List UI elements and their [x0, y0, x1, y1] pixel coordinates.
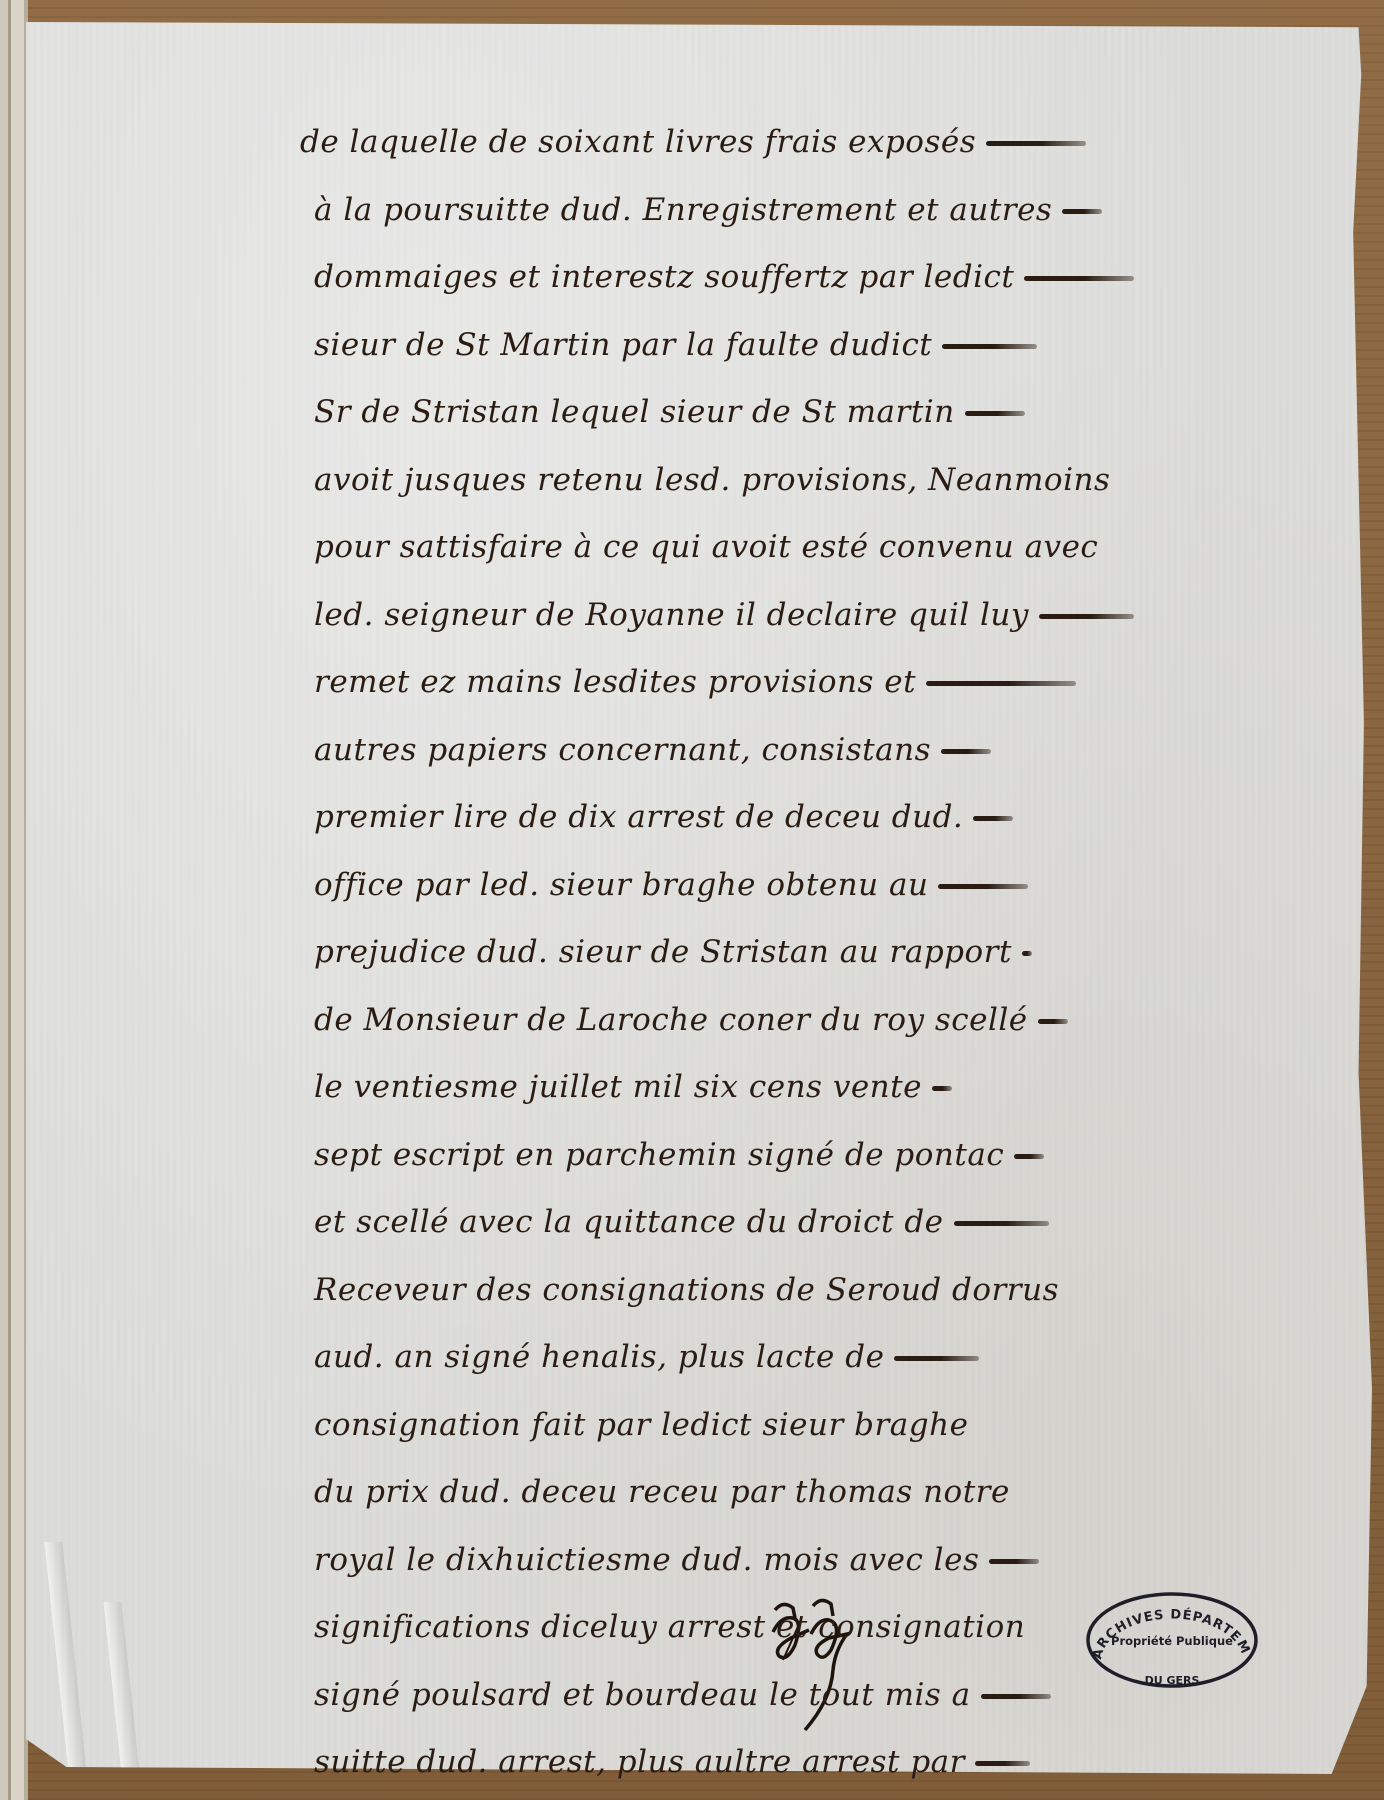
- manuscript-line-text: autres papiers concernant, consistans: [314, 732, 931, 768]
- line-filler-stroke: [938, 884, 1028, 889]
- line-filler-stroke: [975, 1761, 1030, 1766]
- line-filler-stroke: [954, 1221, 1049, 1226]
- svg-text:ARCHIVES DÉPARTEMENTALES: ARCHIVES DÉPARTEMENTALES: [1080, 1585, 1253, 1661]
- line-filler-stroke: [942, 344, 1037, 349]
- manuscript-line-text: avoit jusques retenu lesd. provisions, N…: [314, 462, 1110, 498]
- manuscript-line: office par led. sieur braghe obtenu au: [300, 855, 1310, 923]
- manuscript-line: à la poursuitte dud. Enregistrement et a…: [300, 180, 1310, 248]
- line-filler-stroke: [989, 1559, 1039, 1564]
- line-filler-stroke: [926, 681, 1076, 686]
- manuscript-line-text: sept escript en parchemin signé de ponta…: [314, 1137, 1004, 1173]
- manuscript-line: led. seigneur de Royanne il declaire qui…: [300, 585, 1310, 653]
- manuscript-line-text: dommaiges et interestz souffertz par led…: [314, 259, 1014, 295]
- line-filler-stroke: [1024, 276, 1134, 281]
- manuscript-line-text: remet ez mains lesdites provisions et: [314, 664, 916, 700]
- line-filler-stroke: [973, 816, 1013, 821]
- manuscript-line-text: royal le dixhuictiesme dud. mois avec le…: [314, 1542, 979, 1578]
- book-binding-edge: [0, 0, 28, 1800]
- stamp-center-text: Propriété Publique: [1111, 1634, 1233, 1648]
- manuscript-line-text: prejudice dud. sieur de Stristan au rapp…: [314, 934, 1012, 970]
- manuscript-line: le ventiesme juillet mil six cens vente: [300, 1057, 1310, 1125]
- manuscript-line-text: à la poursuitte dud. Enregistrement et a…: [314, 192, 1052, 228]
- manuscript-line: premier lire de dix arrest de deceu dud.: [300, 787, 1310, 855]
- line-filler-stroke: [1022, 951, 1032, 956]
- page-fold-crease: [103, 1602, 142, 1800]
- stamp-bottom-text: DU GERS: [1145, 1674, 1200, 1687]
- manuscript-line-text: et scellé avec la quittance du droict de: [314, 1204, 944, 1240]
- manuscript-line: et scellé avec la quittance du droict de: [300, 1192, 1310, 1260]
- manuscript-line-text: signé poulsard et bourdeau le tout mis a: [314, 1677, 971, 1713]
- manuscript-line-text: office par led. sieur braghe obtenu au: [314, 867, 928, 903]
- manuscript-line: suitte dud. arrest, plus aultre arrest p…: [300, 1732, 1310, 1800]
- manuscript-line: Sr de Stristan lequel sieur de St martin: [300, 382, 1310, 450]
- line-filler-stroke: [941, 749, 991, 754]
- manuscript-line-text: aud. an signé henalis, plus lacte de: [314, 1339, 884, 1375]
- manuscript-line-text: Receveur des consignations de Seroud dor…: [314, 1272, 1059, 1308]
- manuscript-line: dommaiges et interestz souffertz par led…: [300, 247, 1310, 315]
- manuscript-line-text: premier lire de dix arrest de deceu dud.: [314, 799, 963, 835]
- manuscript-line: sieur de St Martin par la faulte dudict: [300, 315, 1310, 383]
- manuscript-line-text: pour sattisfaire à ce qui avoit esté con…: [314, 529, 1098, 565]
- line-filler-stroke: [1062, 209, 1102, 214]
- handwritten-text-block: de laquelle de soixant livres frais expo…: [300, 112, 1310, 1800]
- manuscript-line: aud. an signé henalis, plus lacte de: [300, 1327, 1310, 1395]
- manuscript-line-text: de Monsieur de Laroche coner du roy scel…: [314, 1002, 1028, 1038]
- manuscript-line-text: de laquelle de soixant livres frais expo…: [300, 124, 976, 160]
- manuscript-line: autres papiers concernant, consistans: [300, 720, 1310, 788]
- line-filler-stroke: [1014, 1154, 1044, 1159]
- manuscript-line: consignation fait par ledict sieur bragh…: [300, 1395, 1310, 1463]
- manuscript-line: remet ez mains lesdites provisions et: [300, 652, 1310, 720]
- line-filler-stroke: [1038, 1019, 1068, 1024]
- line-filler-stroke: [981, 1694, 1051, 1699]
- page-fold-crease: [44, 1542, 89, 1800]
- manuscript-line: sept escript en parchemin signé de ponta…: [300, 1125, 1310, 1193]
- manuscript-line-text: Sr de Stristan lequel sieur de St martin: [314, 394, 955, 430]
- manuscript-line-text: suitte dud. arrest, plus aultre arrest p…: [314, 1744, 965, 1780]
- manuscript-line-text: significations diceluy arrest et consign…: [314, 1609, 1025, 1645]
- manuscript-line-text: du prix dud. deceu receu par thomas notr…: [314, 1474, 1010, 1510]
- archives-stamp: ARCHIVES DÉPARTEMENTALES Propriété Publi…: [1080, 1585, 1260, 1695]
- line-filler-stroke: [965, 411, 1025, 416]
- manuscript-line-text: le ventiesme juillet mil six cens vente: [314, 1069, 922, 1105]
- manuscript-line: pour sattisfaire à ce qui avoit esté con…: [300, 517, 1310, 585]
- manuscript-line: de Monsieur de Laroche coner du roy scel…: [300, 990, 1310, 1058]
- manuscript-line-text: led. seigneur de Royanne il declaire qui…: [314, 597, 1029, 633]
- manuscript-line-text: consignation fait par ledict sieur bragh…: [314, 1407, 968, 1443]
- line-filler-stroke: [932, 1086, 952, 1091]
- manuscript-line: du prix dud. deceu receu par thomas notr…: [300, 1462, 1310, 1530]
- manuscript-line-text: sieur de St Martin par la faulte dudict: [314, 327, 932, 363]
- manuscript-line: Receveur des consignations de Seroud dor…: [300, 1260, 1310, 1328]
- line-filler-stroke: [1039, 614, 1134, 619]
- line-filler-stroke: [894, 1356, 979, 1361]
- manuscript-line: prejudice dud. sieur de Stristan au rapp…: [300, 922, 1310, 990]
- manuscript-line: de laquelle de soixant livres frais expo…: [300, 112, 1310, 180]
- manuscript-line: avoit jusques retenu lesd. provisions, N…: [300, 450, 1310, 518]
- line-filler-stroke: [986, 141, 1086, 146]
- stamp-top-text: ARCHIVES DÉPARTEMENTALES: [1080, 1585, 1253, 1661]
